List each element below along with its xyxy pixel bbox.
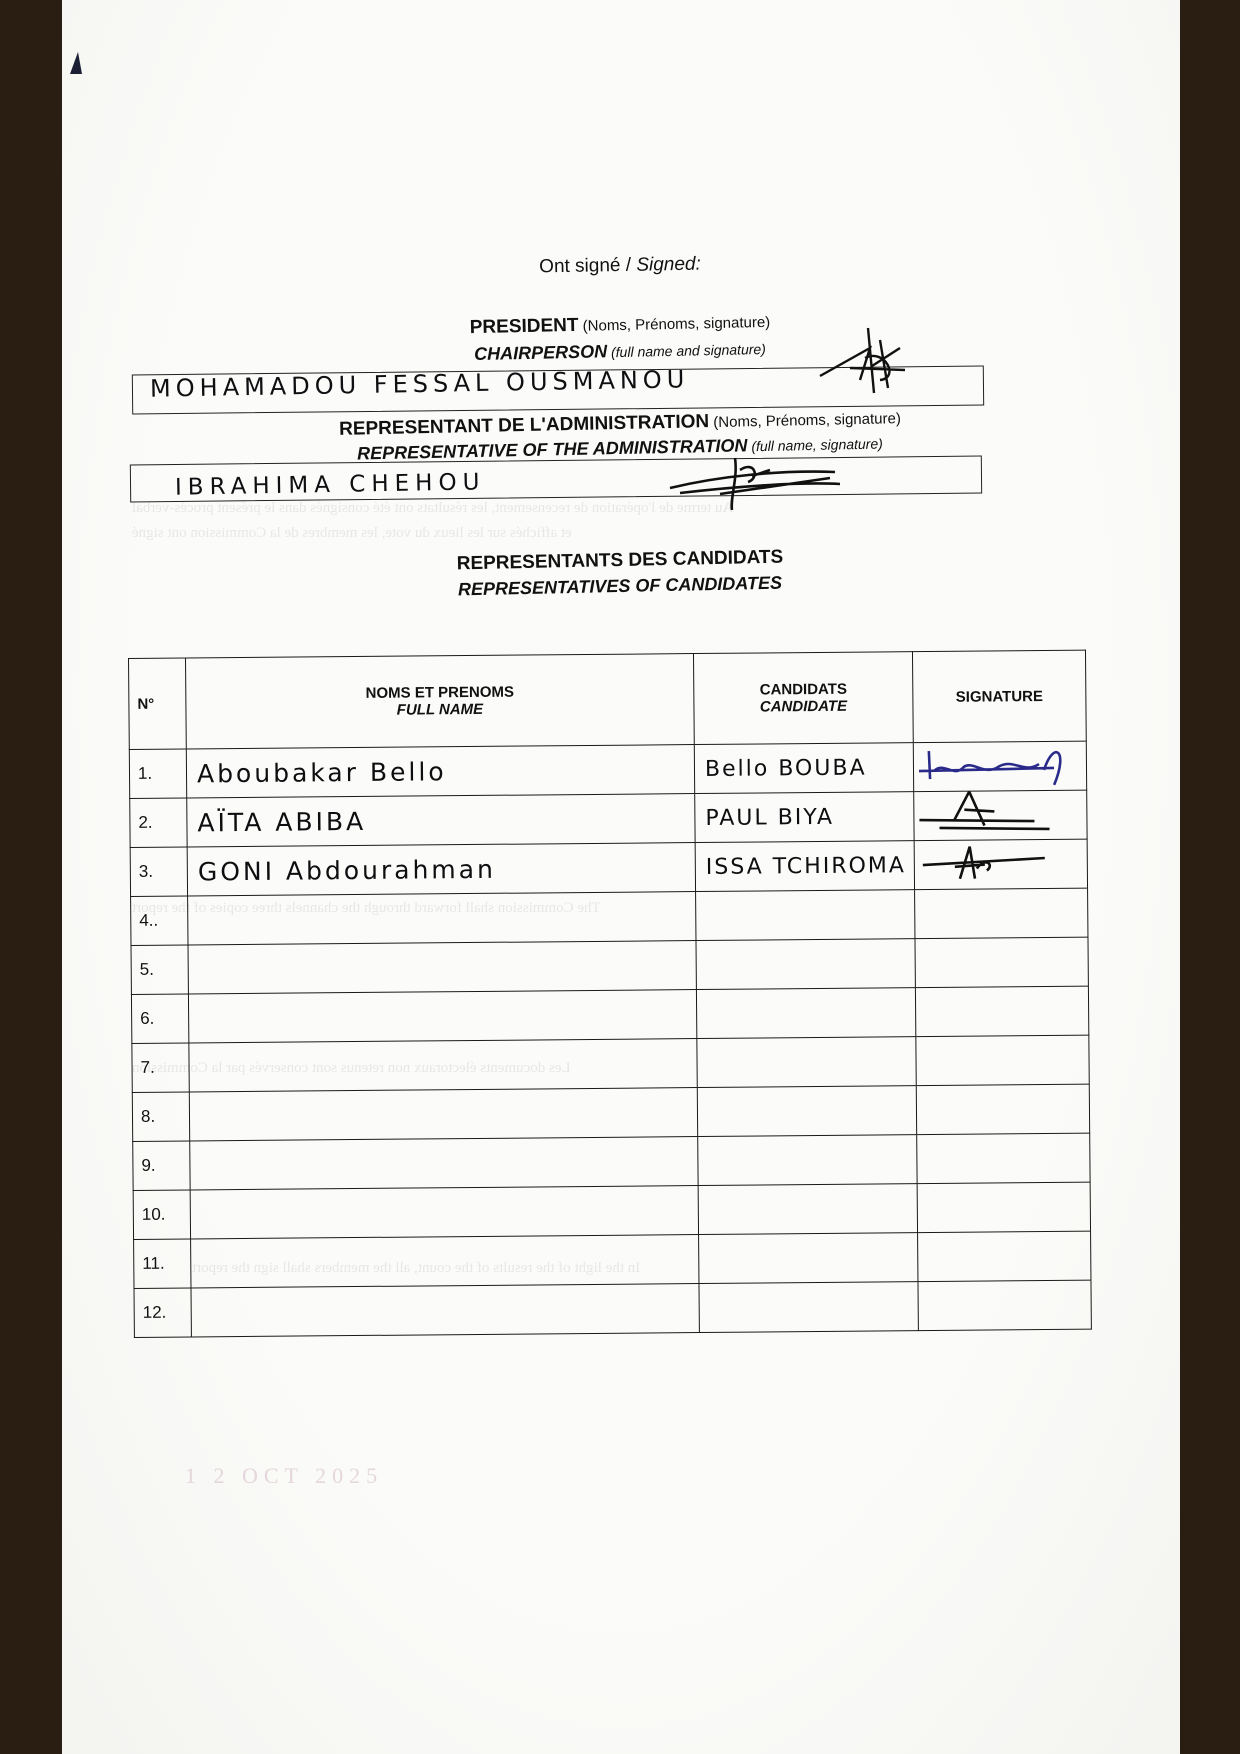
table-row: 10. [133, 1182, 1090, 1239]
faint-date-stamp: 1 2 OCT 2025 [185, 1463, 383, 1489]
row-number: 11. [134, 1239, 191, 1288]
candidate-field[interactable]: ISSA TCHIROMA [695, 841, 914, 892]
signature-field[interactable] [913, 741, 1086, 792]
signature-field[interactable] [915, 888, 1088, 939]
signature-field[interactable] [914, 839, 1087, 890]
signature-field[interactable] [914, 790, 1087, 841]
table-row: 11. [134, 1231, 1091, 1288]
representatives-table: N° NOMS ET PRENOMS FULL NAME CANDIDATS C… [128, 650, 1092, 1338]
signature-field[interactable] [915, 937, 1088, 988]
candidate-field[interactable] [697, 1086, 916, 1137]
representative-name-field[interactable] [191, 1284, 699, 1337]
signature-field[interactable] [918, 1280, 1091, 1331]
candidate-field[interactable]: Bello BOUBA [694, 743, 913, 794]
table-row: 12. [134, 1280, 1091, 1337]
table-row: 3.GONI AbdourahmanISSA TCHIROMA [130, 839, 1087, 896]
table-row: 4.. [131, 888, 1088, 945]
representative-name-field[interactable] [189, 1088, 697, 1141]
bleed-through-text: Au terme de l'opération de recensement, … [132, 500, 733, 517]
column-header-signature: SIGNATURE [912, 650, 1086, 743]
candidate-field[interactable] [697, 1037, 916, 1088]
candidate-field[interactable] [696, 939, 915, 990]
candidate-field[interactable] [696, 988, 915, 1039]
signature-field[interactable] [915, 986, 1088, 1037]
candidate-field[interactable] [698, 1184, 917, 1235]
row-number: 3. [130, 847, 187, 896]
representative-name-field[interactable]: GONI Abdourahman [187, 843, 695, 896]
administration-signature [660, 448, 850, 518]
row-number: 7. [132, 1043, 189, 1092]
table-header-row: N° NOMS ET PRENOMS FULL NAME CANDIDATS C… [129, 650, 1087, 749]
candidate-field[interactable] [698, 1135, 917, 1186]
row-number: 8. [132, 1092, 189, 1141]
column-header-full-name: NOMS ET PRENOMS FULL NAME [186, 654, 695, 749]
table-row: 7. [132, 1035, 1089, 1092]
row-number: 6. [131, 994, 188, 1043]
table-row: 8. [132, 1084, 1089, 1141]
column-header-number: N° [129, 658, 187, 749]
signature-field[interactable] [916, 1084, 1089, 1135]
row-number: 2. [130, 798, 187, 847]
table-row: 9. [133, 1133, 1090, 1190]
representative-name-field[interactable]: Aboubakar Bello [186, 745, 694, 798]
representative-signature [914, 740, 1084, 791]
signature-field[interactable] [917, 1133, 1090, 1184]
signature-field[interactable] [917, 1182, 1090, 1233]
column-header-candidate: CANDIDATS CANDIDATE [693, 652, 913, 745]
representative-name-field[interactable] [190, 1137, 698, 1190]
administration-rep-name: IBRAHIMA CHEHOU [175, 469, 486, 500]
representative-name-field[interactable]: AÏTA ABIBA [187, 794, 695, 847]
representative-name-field[interactable] [188, 941, 696, 994]
row-number: 4.. [131, 896, 188, 945]
row-number: 10. [133, 1190, 190, 1239]
representative-name-field[interactable] [191, 1235, 699, 1288]
signature-field[interactable] [916, 1035, 1089, 1086]
representative-signature [915, 838, 1085, 889]
representative-name-field[interactable] [188, 892, 696, 945]
candidate-field[interactable]: PAUL BIYA [695, 792, 914, 843]
candidate-field[interactable] [699, 1282, 918, 1333]
representative-name-field[interactable] [188, 990, 696, 1043]
table-row: 5. [131, 937, 1088, 994]
row-number: 1. [129, 749, 186, 798]
representative-signature [914, 789, 1084, 840]
row-number: 9. [133, 1141, 190, 1190]
table-row: 6. [131, 986, 1088, 1043]
president-signature [810, 318, 920, 398]
bleed-through-text: et affichés sur les lieux du vote, les m… [132, 525, 572, 542]
row-number: 12. [134, 1288, 191, 1337]
signature-field[interactable] [918, 1231, 1091, 1282]
scan-corner-mark [70, 52, 82, 74]
candidate-field[interactable] [699, 1233, 918, 1284]
candidate-field[interactable] [696, 890, 915, 941]
row-number: 5. [131, 945, 188, 994]
representative-name-field[interactable] [190, 1186, 698, 1239]
representative-name-field[interactable] [189, 1039, 697, 1092]
